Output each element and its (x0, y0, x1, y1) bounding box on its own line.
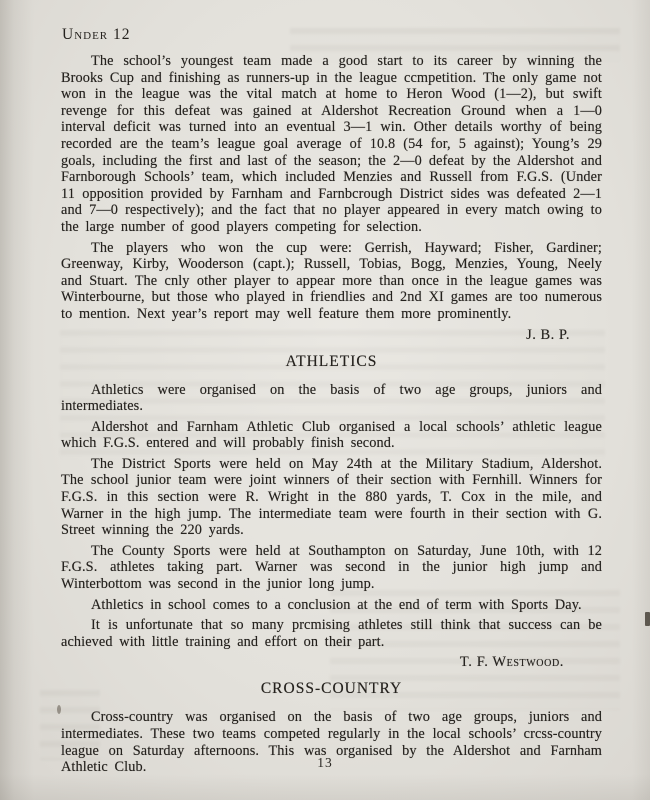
section-heading-cross-country: CROSS-COUNTRY (61, 680, 602, 698)
athletics-paragraph-6: It is unfortunate that so many prcmising… (61, 617, 602, 650)
athletics-paragraph-2: Aldershot and Farnham Athletic Club orga… (61, 419, 602, 452)
page-content: Under 12 The school’s youngest team made… (61, 26, 602, 780)
page-number: 13 (0, 755, 650, 771)
signature-jbp: J. B. P. (61, 327, 602, 344)
scanned-page: Under 12 The school’s youngest team made… (0, 0, 650, 800)
section-heading-under-12: Under 12 (62, 26, 602, 44)
athletics-paragraph-3: The District Sports were held on May 24t… (61, 456, 602, 539)
athletics-paragraph-1: Athletics were organised on the basis of… (61, 382, 602, 415)
signature-westwood: T. F. Westwood. (61, 654, 602, 671)
athletics-paragraph-5: Athletics in school comes to a conclusio… (61, 597, 602, 614)
under12-paragraph-2: The players who won the cup were: Gerris… (61, 240, 602, 323)
under12-paragraph-1: The school’s youngest team made a good s… (61, 53, 602, 236)
section-heading-athletics: ATHLETICS (61, 353, 602, 371)
scan-speck (645, 612, 650, 626)
athletics-paragraph-4: The County Sports were held at Southampt… (61, 543, 602, 593)
